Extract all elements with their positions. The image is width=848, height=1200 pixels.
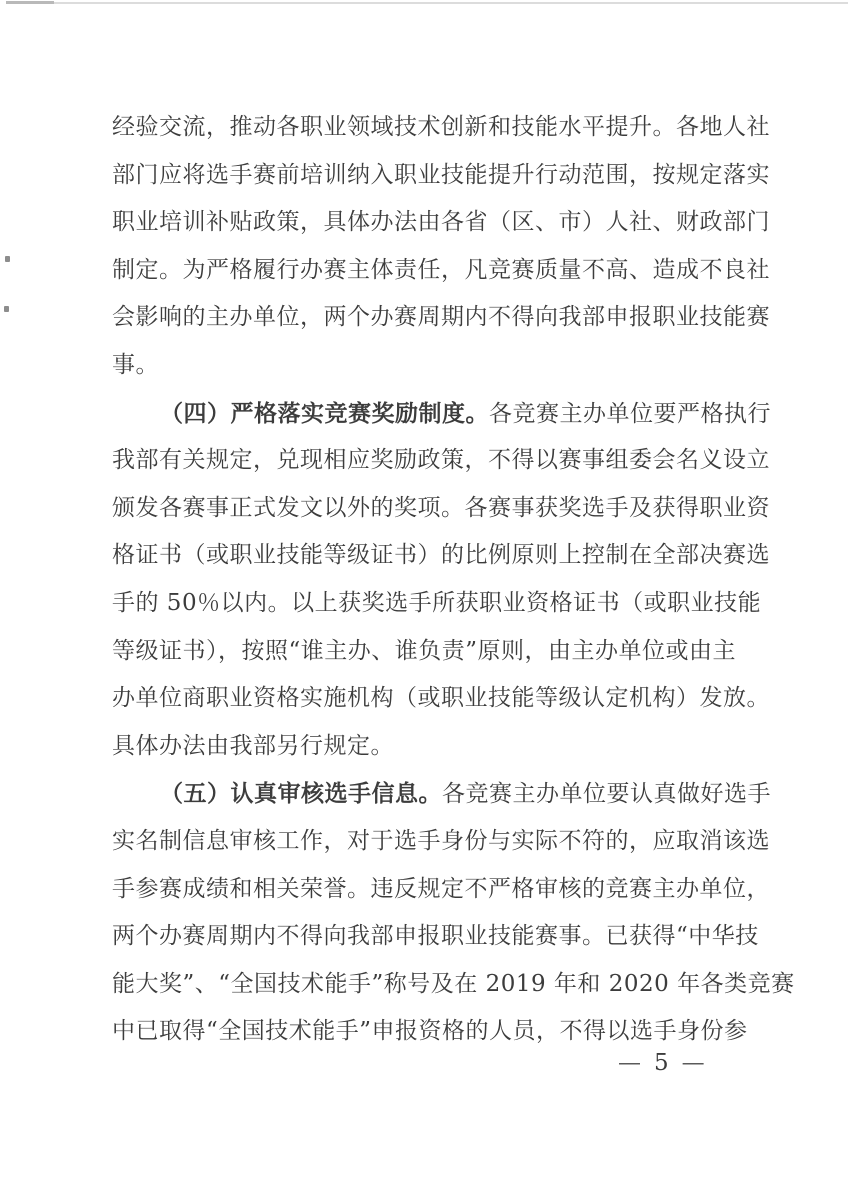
- paragraph-text: 能大奖”、“全国技术能手”称号及在 2019 年和 2020 年各类竞赛: [112, 971, 795, 997]
- document-page: 经验交流，推动各职业领域技术创新和技能水平提升。各地人社部门应将选手赛前培训纳入…: [0, 0, 848, 1200]
- paragraph-text: 会影响的主办单位，两个办赛周期内不得向我部申报职业技能赛: [112, 304, 770, 330]
- paragraph-text: 办单位商职业资格实施机构（或职业技能等级认定机构）发放。: [112, 685, 770, 711]
- text-line: （五）认真审核选手信息。各竞赛主办单位要认真做好选手: [112, 770, 764, 818]
- text-line: 制定。为严格履行办赛主体责任，凡竞赛质量不高、造成不良社: [112, 247, 764, 295]
- text-line: 两个办赛周期内不得向我部申报职业技能赛事。已获得“中华技: [112, 913, 764, 961]
- paragraph-heading-text: （五）认真审核选手信息。: [160, 780, 442, 807]
- paragraph-text: 部门应将选手赛前培训纳入职业技能提升行动范围，按规定落实: [112, 162, 770, 188]
- scan-speck: [4, 306, 9, 312]
- scan-artifact-top-line: [46, 2, 848, 4]
- text-line: 会影响的主办单位，两个办赛周期内不得向我部申报职业技能赛: [112, 294, 764, 342]
- scan-speck: [5, 256, 10, 262]
- text-line: 具体办法由我部另行规定。: [112, 723, 764, 771]
- document-body: 经验交流，推动各职业领域技术创新和技能水平提升。各地人社部门应将选手赛前培训纳入…: [112, 104, 764, 1056]
- paragraph-text: 等级证书），按照“谁主办、谁负责”原则，由主办单位或由主: [112, 638, 736, 664]
- paragraph-text: 手的 50％以内。以上获奖选手所获职业资格证书（或职业技能: [112, 590, 761, 616]
- text-line: 能大奖”、“全国技术能手”称号及在 2019 年和 2020 年各类竞赛: [112, 961, 764, 1009]
- text-line: 办单位商职业资格实施机构（或职业技能等级认定机构）发放。: [112, 675, 764, 723]
- text-line: 等级证书），按照“谁主办、谁负责”原则，由主办单位或由主: [112, 628, 764, 676]
- text-line: 手的 50％以内。以上获奖选手所获职业资格证书（或职业技能: [112, 580, 764, 628]
- text-line: 手参赛成绩和相关荣誉。违反规定不严格审核的竞赛主办单位，: [112, 866, 764, 914]
- text-line: 格证书（或职业技能等级证书）的比例原则上控制在全部决赛选: [112, 532, 764, 580]
- paragraph-text: 格证书（或职业技能等级证书）的比例原则上控制在全部决赛选: [112, 542, 770, 568]
- text-line: 我部有关规定，兑现相应奖励政策，不得以赛事组委会名义设立: [112, 437, 764, 485]
- page-number: 5: [654, 1050, 670, 1076]
- paragraph-text: 手参赛成绩和相关荣誉。违反规定不严格审核的竞赛主办单位，: [112, 876, 770, 902]
- paragraph-text: 具体办法由我部另行规定。: [112, 733, 394, 759]
- paragraph-text: 职业培训补贴政策，具体办法由各省（区、市）人社、财政部门: [112, 209, 770, 235]
- text-line: 事。: [112, 342, 764, 390]
- paragraph-heading-text: （四）严格落实竞赛奖励制度。: [160, 400, 489, 427]
- text-line: （四）严格落实竞赛奖励制度。各竞赛主办单位要严格执行: [112, 390, 764, 438]
- paragraph-text: 各竞赛主办单位要认真做好选手: [442, 781, 771, 807]
- paragraph-text: 实名制信息审核工作，对于选手身份与实际不符的，应取消该选: [112, 828, 770, 854]
- paragraph-text: 我部有关规定，兑现相应奖励政策，不得以赛事组委会名义设立: [112, 447, 770, 473]
- text-line: 部门应将选手赛前培训纳入职业技能提升行动范围，按规定落实: [112, 152, 764, 200]
- paragraph-text: 经验交流，推动各职业领域技术创新和技能水平提升。各地人社: [112, 114, 770, 140]
- footer-dash-right: —: [682, 1050, 706, 1076]
- paragraph-text: 两个办赛周期内不得向我部申报职业技能赛事。已获得“中华技: [112, 923, 759, 949]
- paragraph-text: 颁发各赛事正式发文以外的奖项。各赛事获奖选手及获得职业资: [112, 495, 770, 521]
- scan-artifact-top-dash: [6, 1, 54, 4]
- text-line: 职业培训补贴政策，具体办法由各省（区、市）人社、财政部门: [112, 199, 764, 247]
- text-line: 实名制信息审核工作，对于选手身份与实际不符的，应取消该选: [112, 818, 764, 866]
- text-line: 经验交流，推动各职业领域技术创新和技能水平提升。各地人社: [112, 104, 764, 152]
- footer-dash-left: —: [618, 1050, 642, 1076]
- paragraph-text: 事。: [112, 352, 159, 378]
- paragraph-text: 各竞赛主办单位要严格执行: [489, 401, 771, 427]
- paragraph-text: 制定。为严格履行办赛主体责任，凡竞赛质量不高、造成不良社: [112, 257, 770, 283]
- text-line: 颁发各赛事正式发文以外的奖项。各赛事获奖选手及获得职业资: [112, 485, 764, 533]
- paragraph-text: 中已取得“全国技术能手”申报资格的人员，不得以选手身份参: [112, 1018, 748, 1044]
- page-footer: — 5 —: [618, 1046, 706, 1080]
